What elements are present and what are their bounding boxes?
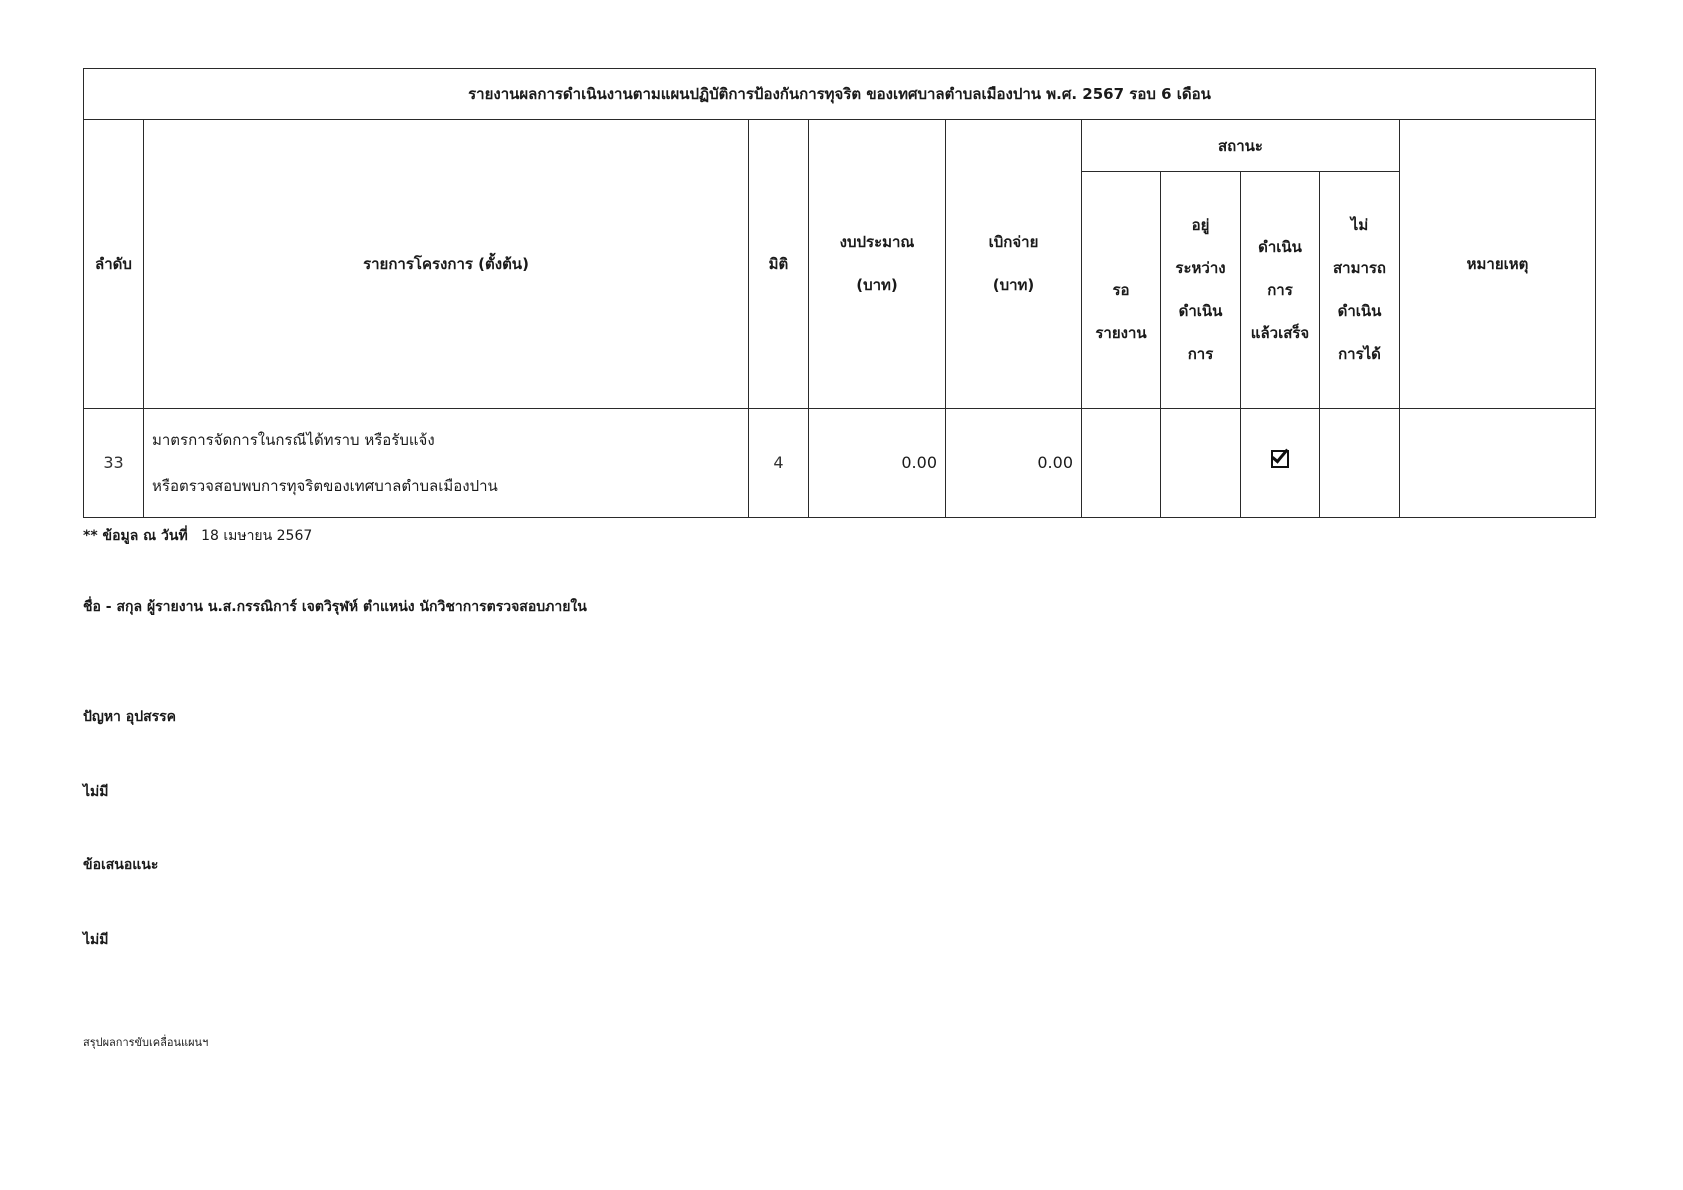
header-status-done: ดำเนิน การ แล้วเสร็จ (1241, 172, 1320, 409)
row-status-in-progress (1161, 409, 1241, 518)
report-table: รายงานผลการดำเนินงานตามแผนปฏิบัติการป้อง… (83, 68, 1596, 518)
row-disbursed: 0.00 (946, 409, 1082, 518)
header-remarks: หมายเหตุ (1400, 120, 1596, 409)
header-order: ลำดับ (84, 120, 144, 409)
row-dimension: 4 (749, 409, 809, 518)
report-title: รายงานผลการดำเนินงานตามแผนปฏิบัติการป้อง… (84, 69, 1596, 120)
header-project: รายการโครงการ (ตั้งต้น) (144, 120, 749, 409)
suggestions-label: ข้อเสนอแนะ (83, 854, 158, 876)
header-status-pending: รอ รายงาน (1082, 172, 1161, 409)
header-status: สถานะ (1082, 120, 1400, 172)
row-remarks (1400, 409, 1596, 518)
row-order: 33 (84, 409, 144, 518)
checked-box-icon (1271, 450, 1289, 468)
header-status-unable: ไม่ สามารถ ดำเนิน การได้ (1320, 172, 1400, 409)
date-line: ** ข้อมูล ณ วันที่ 18 เมษายน 2567 (83, 525, 312, 547)
header-disbursed: เบิกจ่าย (บาท) (946, 120, 1082, 409)
header-dimension: มิติ (749, 120, 809, 409)
reporter-line: ชื่อ - สกุล ผู้รายงาน น.ส.กรรณิการ์ เจตว… (83, 596, 587, 618)
row-status-done (1241, 409, 1320, 518)
table-row: 33 มาตรการจัดการในกรณีได้ทราบ หรือรับแจ้… (84, 409, 1596, 518)
row-project: มาตรการจัดการในกรณีได้ทราบ หรือรับแจ้ง ห… (144, 409, 749, 518)
header-status-in-progress: อยู่ ระหว่าง ดำเนิน การ (1161, 172, 1241, 409)
row-status-unable (1320, 409, 1400, 518)
row-status-pending (1082, 409, 1161, 518)
suggestions-value: ไม่มี (83, 929, 109, 951)
problems-value: ไม่มี (83, 781, 109, 803)
problems-label: ปัญหา อุปสรรค (83, 706, 176, 728)
summary-label: สรุปผลการขับเคลื่อนแผนฯ (83, 1033, 208, 1051)
row-budget: 0.00 (809, 409, 946, 518)
header-budget: งบประมาณ (บาท) (809, 120, 946, 409)
